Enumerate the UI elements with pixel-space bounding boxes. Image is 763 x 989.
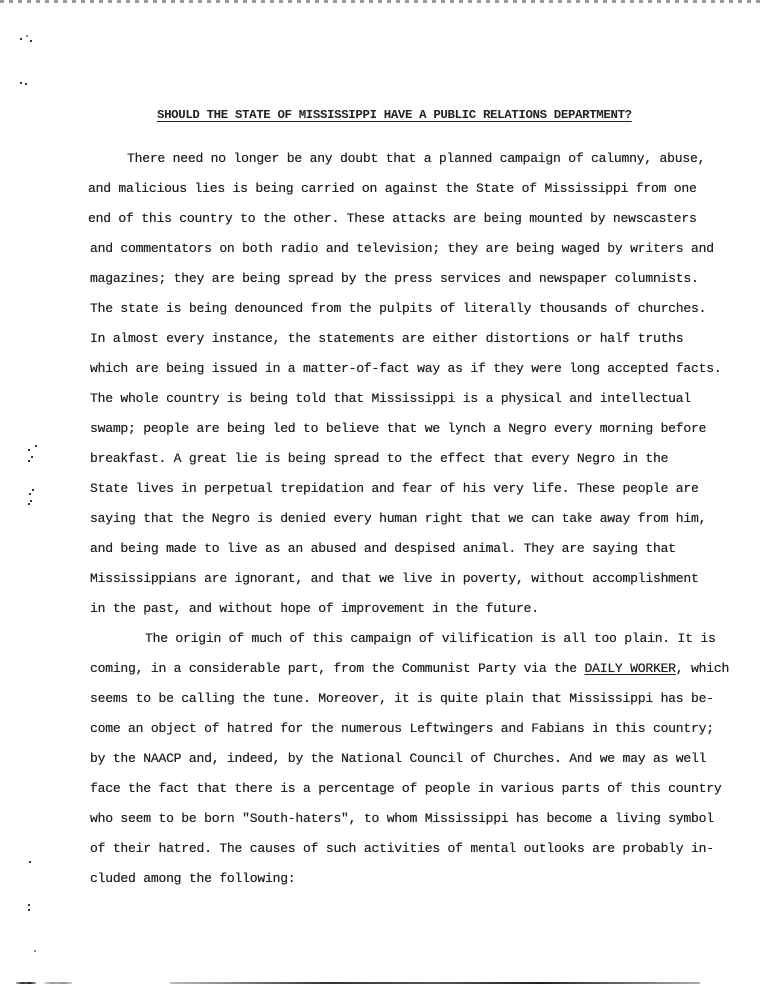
- paragraph-1-line-10: swamp; people are being led to believe t…: [90, 421, 706, 437]
- scan-speck: [28, 449, 30, 451]
- paragraph-1-line-1: There need no longer be any doubt that a…: [127, 151, 705, 167]
- paragraph-2-line-7: who seem to be born "South-haters", to w…: [90, 811, 714, 827]
- scan-bottom-edge: [170, 982, 700, 984]
- paragraph-2-line-8: of their hatred. The causes of such acti…: [90, 841, 714, 857]
- scan-speck: [30, 40, 32, 42]
- scan-speck: [20, 38, 22, 40]
- paragraph-2-line-6: face the fact that there is a percentage…: [90, 781, 721, 797]
- scan-bottom-edge: [44, 982, 72, 984]
- scan-speck: [29, 861, 31, 863]
- paragraph-1-line-9: The whole country is being told that Mis…: [90, 391, 691, 407]
- paragraph-2-line-5: by the NAACP and, indeed, by the Nationa…: [90, 751, 706, 767]
- paragraph-2-line-1: The origin of much of this campaign of v…: [145, 631, 716, 647]
- typewritten-page: SHOULD THE STATE OF MISSISSIPPI HAVE A P…: [0, 0, 763, 989]
- paragraph-2-line-2: coming, in a considerable part, from the…: [90, 661, 729, 677]
- scan-speck: [32, 489, 34, 491]
- scan-speck: [30, 500, 32, 502]
- scan-speck: [29, 493, 31, 495]
- paragraph-1-line-5: magazines; they are being spread by the …: [90, 271, 699, 287]
- publication-name: DAILY WORKER: [585, 661, 676, 676]
- paragraph-1-line-7: In almost every instance, the statements…: [90, 331, 683, 347]
- paragraph-1-line-8: which are being issued in a matter-of-fa…: [90, 361, 721, 377]
- scan-speck: [28, 904, 30, 906]
- paragraph-1-line-16: in the past, and without hope of improve…: [90, 601, 539, 617]
- scan-speck: [34, 950, 36, 952]
- paragraph-1-line-12: State lives in perpetual trepidation and…: [90, 481, 699, 497]
- paragraph-1-line-4: and commentators on both radio and telev…: [90, 241, 714, 257]
- paragraph-2-line-4: come an object of hatred for the numerou…: [90, 721, 714, 737]
- scan-speck: [28, 503, 30, 505]
- paragraph-1-line-11: breakfast. A great lie is being spread t…: [90, 451, 668, 467]
- paragraph-2-line-2-suffix: , which: [676, 661, 729, 676]
- paragraph-2-line-9: cluded among the following:: [90, 871, 295, 887]
- page-title: SHOULD THE STATE OF MISSISSIPPI HAVE A P…: [157, 108, 657, 122]
- scan-speck: [25, 83, 27, 85]
- scan-speck: [31, 456, 33, 458]
- scan-speck: [28, 909, 30, 911]
- paragraph-1-line-15: Mississippians are ignorant, and that we…: [90, 571, 699, 587]
- scan-bottom-edge: [16, 982, 36, 984]
- paragraph-1-line-13: saying that the Negro is denied every hu…: [90, 511, 706, 527]
- scan-speck: [28, 460, 30, 462]
- scan-speck: [35, 445, 37, 447]
- paragraph-1-line-2: and malicious lies is being carried on a…: [88, 181, 697, 197]
- scan-speck: [20, 82, 22, 84]
- paragraph-2-line-3: seems to be calling the tune. Moreover, …: [90, 691, 714, 707]
- paragraph-1-line-6: The state is being denounced from the pu…: [90, 301, 706, 317]
- scan-speck: [26, 35, 28, 37]
- paragraph-1-line-3: end of this country to the other. These …: [88, 211, 697, 227]
- paragraph-2-line-2-text: coming, in a considerable part, from the…: [90, 661, 585, 676]
- paragraph-1-line-14: and being made to live as an abused and …: [90, 541, 676, 557]
